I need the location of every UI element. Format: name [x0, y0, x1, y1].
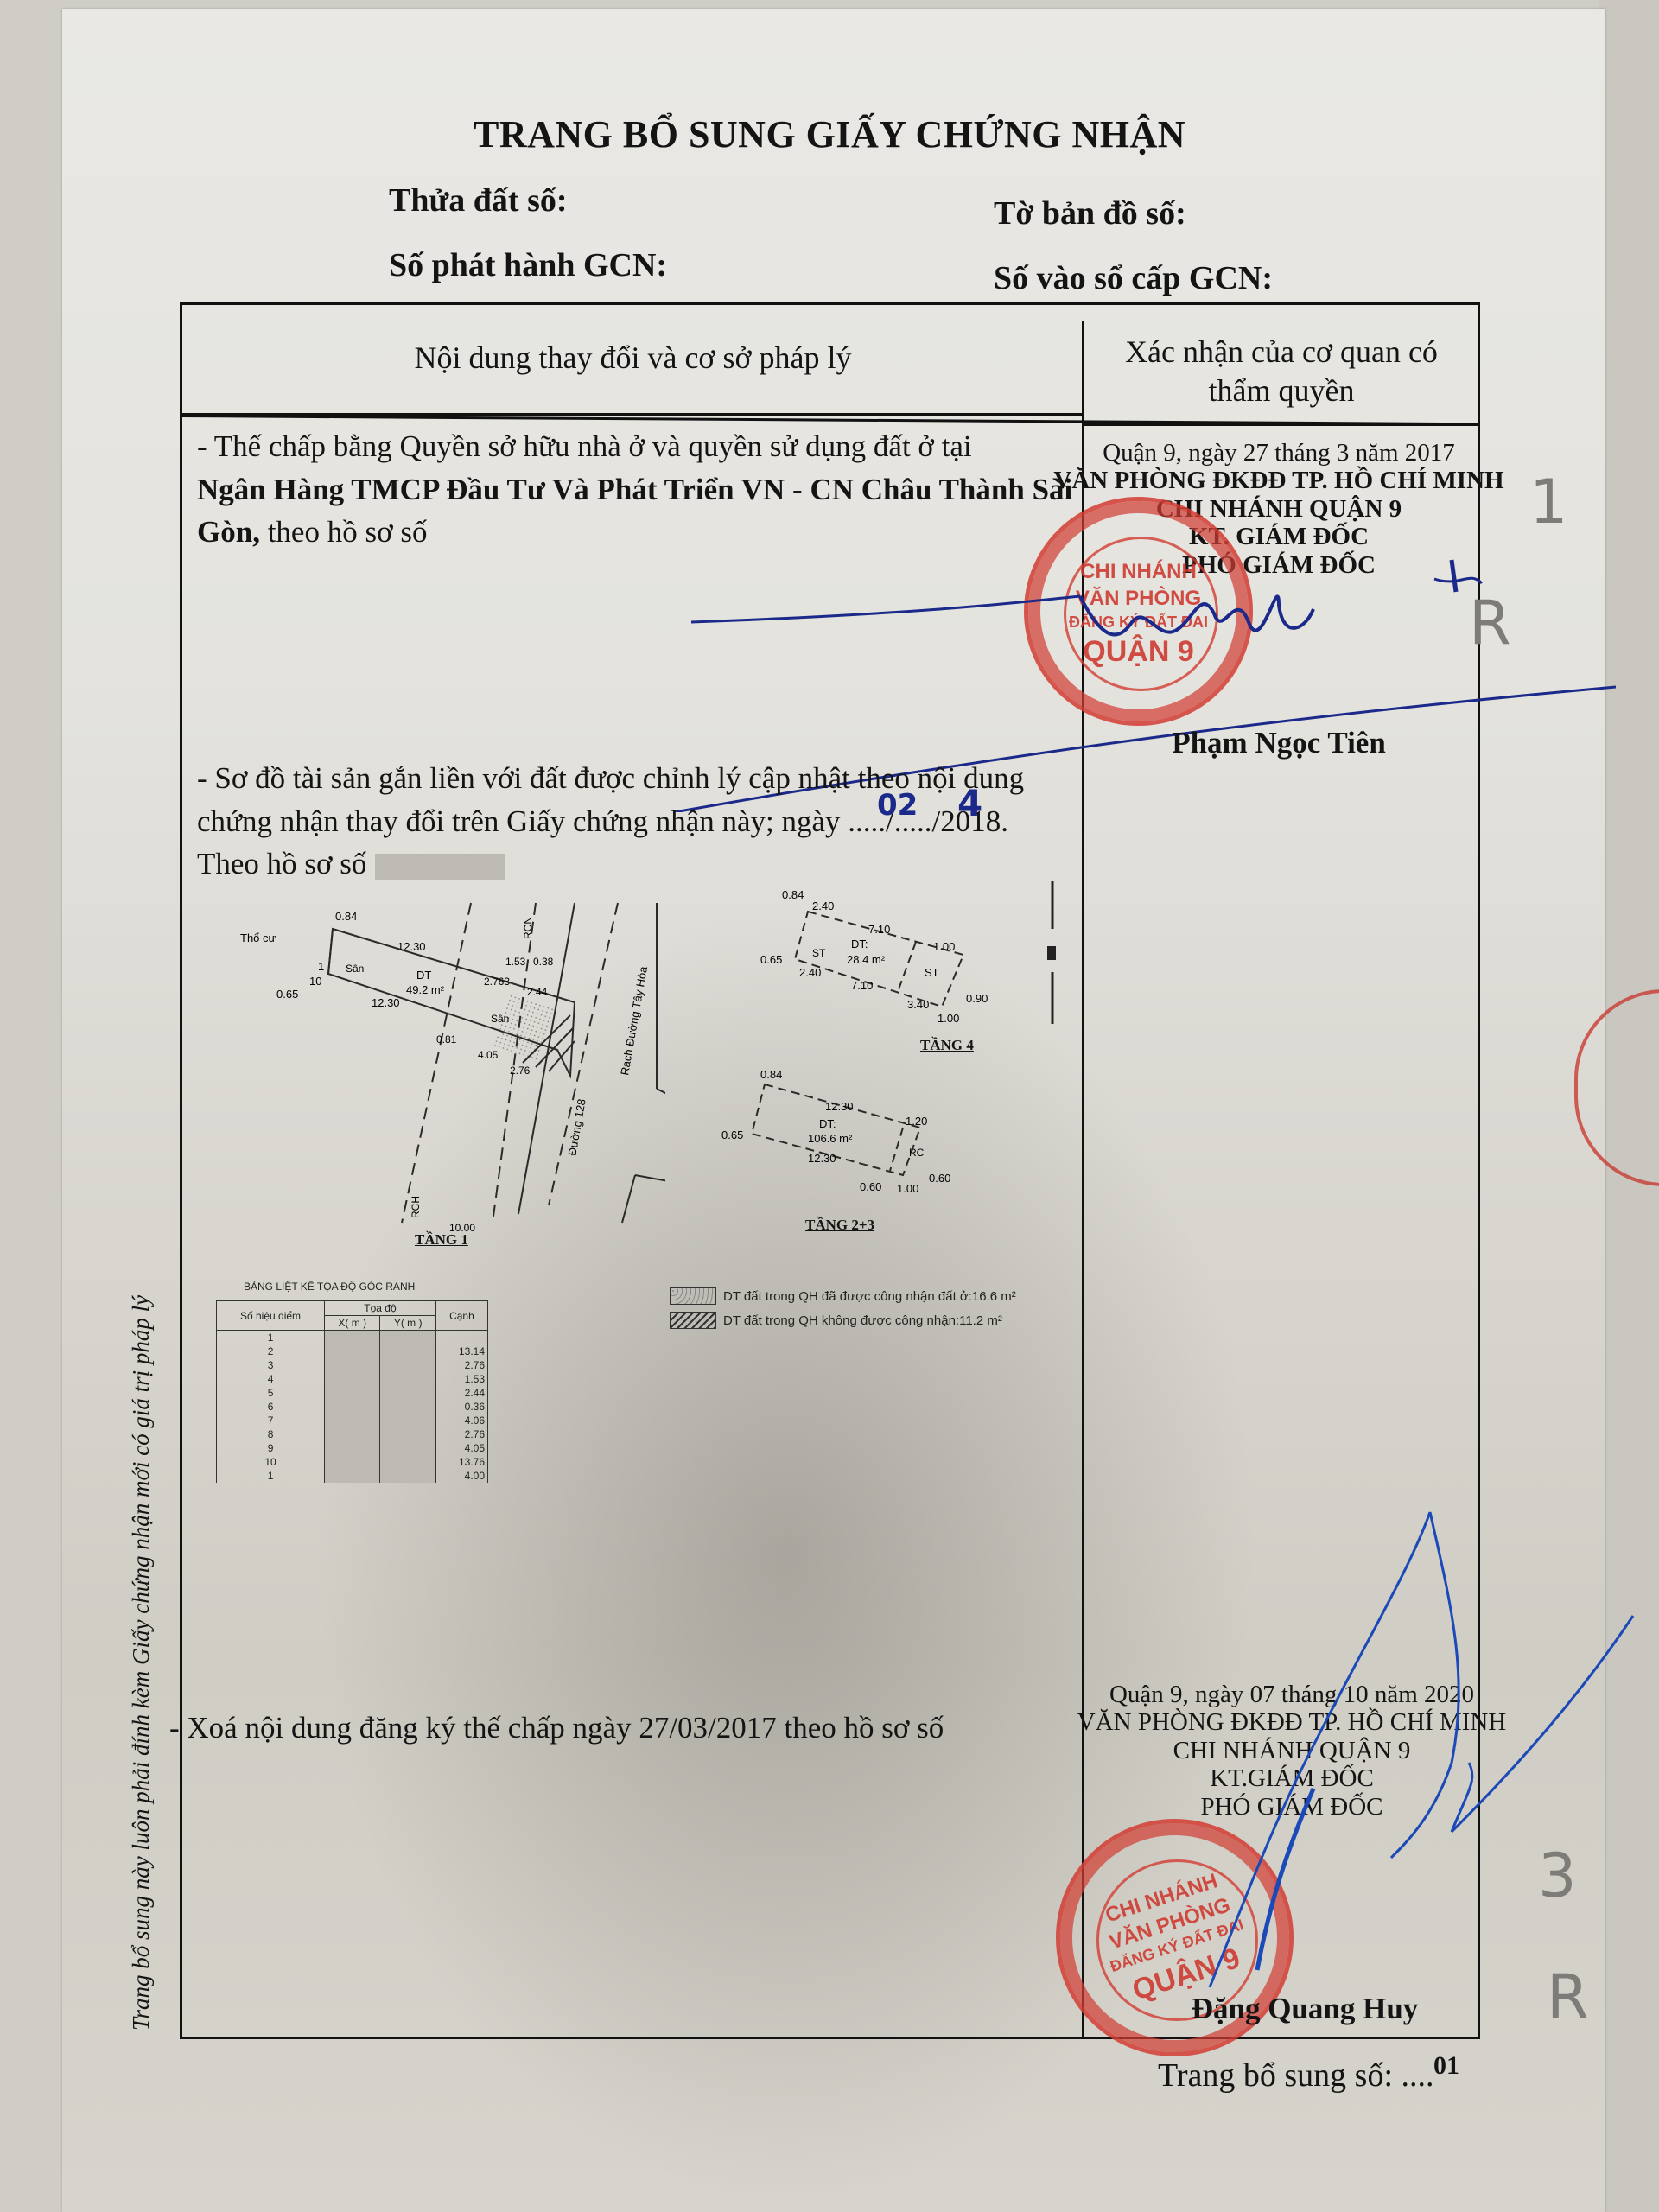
confirmation-office: VĂN PHÒNG ĐKĐĐ TP. HỒ CHÍ MINH: [1053, 467, 1503, 494]
point-number: 7: [217, 1414, 325, 1427]
edge-length: 4.06: [435, 1414, 487, 1427]
point-number: 2: [217, 1344, 325, 1358]
svg-text:2.76: 2.76: [510, 1065, 531, 1077]
svg-text:0.38: 0.38: [533, 956, 554, 968]
handwritten-month: 4: [957, 782, 982, 824]
entry-diagram-text-line2: chứng nhận thay đổi trên Giấy chứng nhận…: [197, 800, 1078, 843]
svg-text:12.30: 12.30: [808, 1152, 836, 1165]
redacted-x: [325, 1427, 380, 1441]
header-x: X( m ): [325, 1316, 380, 1331]
road-tay-hoa-label: Rạch Đường Tây Hòa: [618, 965, 650, 1077]
svg-text:1: 1: [318, 960, 324, 973]
svg-text:1.00: 1.00: [938, 1012, 959, 1025]
point-number: 3: [217, 1358, 325, 1372]
signer-name-text: Phạm Ngọc Tiên: [1172, 726, 1386, 760]
svg-text:12.30: 12.30: [372, 996, 400, 1009]
redacted-x: [325, 1441, 380, 1455]
svg-text:2.763: 2.763: [484, 976, 510, 988]
edge-length: [435, 1331, 487, 1345]
svg-text:3.40: 3.40: [907, 998, 929, 1011]
svg-text:7.10: 7.10: [868, 923, 890, 936]
edge-length: 2.76: [435, 1358, 487, 1372]
floor23-label: TẦNG 2+3: [805, 1217, 874, 1234]
header-y: Y( m ): [380, 1316, 435, 1331]
hatched-pattern-swatch: [670, 1312, 716, 1329]
point-number: 4: [217, 1372, 325, 1386]
column-header-content: Nội dung thay đổi và cơ sở pháp lý: [186, 339, 1080, 378]
redacted-x: [325, 1414, 380, 1427]
side-legal-note: Trang bổ sung này luôn phải đính kèm Giấ…: [128, 1295, 155, 2031]
pencil-mark: 3: [1538, 1840, 1577, 1911]
entry-mortgage-text: - Thế chấp bằng Quyền sở hữu nhà ở và qu…: [197, 429, 972, 463]
svg-text:2.40: 2.40: [799, 966, 821, 979]
redacted-y: [380, 1344, 435, 1358]
redacted-x: [325, 1386, 380, 1400]
header-edge: Cạnh: [435, 1301, 487, 1331]
column-header-confirmation: Xác nhận của cơ quan có thẩm quyền: [1087, 333, 1476, 410]
svg-text:12.30: 12.30: [825, 1100, 854, 1113]
page-number-value: 01: [1433, 2051, 1459, 2080]
field-map-sheet-number: Tờ bản đồ số:: [994, 194, 1186, 232]
header-point: Số hiệu điểm: [217, 1301, 325, 1331]
column-header-confirmation-line2: thẩm quyền: [1087, 372, 1476, 410]
redacted-x: [325, 1372, 380, 1386]
page-number: Trang bổ sung số: .... 01: [1158, 2056, 1459, 2094]
svg-text:1.53: 1.53: [505, 956, 526, 968]
floor4-area: 28.4 m²: [847, 953, 886, 966]
edge-length: 13.14: [435, 1344, 487, 1358]
redacted-y: [380, 1331, 435, 1345]
signer-name-2020: Đặng Quang Huy: [1132, 1992, 1478, 2025]
signer-name: Phạm Ngọc Tiên: [1123, 726, 1434, 760]
redacted-y: [380, 1427, 435, 1441]
svg-text:0.65: 0.65: [721, 1128, 743, 1141]
svg-text:0.84: 0.84: [335, 910, 357, 923]
legend-item-hatched: DT đất trong QH không được công nhận:11.…: [670, 1312, 1016, 1329]
point-number: 10: [217, 1455, 325, 1469]
svg-text:1.20: 1.20: [906, 1115, 927, 1128]
table-row: 41.53: [217, 1372, 488, 1386]
area-label: DT:: [819, 1117, 836, 1130]
svg-text:Sân: Sân: [491, 1013, 509, 1025]
svg-text:0.84: 0.84: [760, 1068, 782, 1081]
coord-table: Số hiệu điểm Tọa độ Cạnh X( m ) Y( m ) 1…: [216, 1300, 488, 1483]
redacted-y: [380, 1441, 435, 1455]
svg-text:4.05: 4.05: [478, 1049, 499, 1061]
svg-text:10: 10: [309, 975, 321, 988]
entry-mortgage-file-ref: theo hồ sơ số: [268, 515, 428, 549]
table-row: 1: [217, 1331, 488, 1345]
table-row: 60.36: [217, 1400, 488, 1414]
point-number: 9: [217, 1441, 325, 1455]
rc-label: RC: [909, 1147, 925, 1159]
coord-table-title: BẢNG LIỆT KÊ TỌA ĐỘ GÓC RANH: [244, 1281, 415, 1293]
rcn-label: RCN: [522, 917, 534, 939]
svg-text:1.00: 1.00: [897, 1182, 918, 1192]
point-number: 6: [217, 1400, 325, 1414]
header-divider-right: [1082, 423, 1480, 426]
road-128-label: Đường 128: [565, 1098, 588, 1157]
confirmation-date: Quận 9, ngày 27 tháng 3 năm 2017: [1037, 439, 1521, 467]
redacted-x: [325, 1469, 380, 1483]
column-header-confirmation-line1: Xác nhận của cơ quan có: [1087, 333, 1476, 372]
floor1-label: TẦNG 1: [415, 1231, 468, 1249]
redacted-y: [380, 1414, 435, 1427]
svg-text:0.60: 0.60: [929, 1172, 950, 1185]
entry-mortgage-deletion: - Xoá nội dung đăng ký thế chấp ngày 27/…: [169, 1707, 1085, 1750]
edge-length: 4.00: [435, 1469, 487, 1483]
table-row: 74.06: [217, 1414, 488, 1427]
point-number: 8: [217, 1427, 325, 1441]
redacted-x: [325, 1358, 380, 1372]
entry-mortgage: - Thế chấp bằng Quyền sở hữu nhà ở và qu…: [197, 425, 1078, 554]
entry-diagram-text-line1: - Sơ đồ tài sản gắn liền với đất được ch…: [197, 757, 1078, 800]
edge-length: 13.76: [435, 1455, 487, 1469]
svg-text:0.65: 0.65: [276, 988, 298, 1001]
st-label: ST: [925, 966, 939, 979]
redacted-x: [325, 1344, 380, 1358]
signer-name-text: Đặng Quang Huy: [1192, 1992, 1419, 2025]
svg-text:0.65: 0.65: [760, 953, 782, 966]
st-label: ST: [812, 947, 826, 959]
legend-text: DT đất trong QH đã được công nhận đất ở:…: [723, 1289, 1016, 1304]
svg-text:2.44: 2.44: [527, 986, 548, 998]
pencil-mark: 1: [1529, 467, 1568, 537]
point-number: 1: [217, 1469, 325, 1483]
svg-text:2.40: 2.40: [812, 899, 834, 912]
floor4-diagram: 0.84 2.40 7.10 1.00 0.65 2.40 7.10 3.40 …: [743, 877, 1071, 1050]
table-row: 32.76: [217, 1358, 488, 1372]
redacted-y: [380, 1386, 435, 1400]
legend-item-dotted: DT đất trong QH đã được công nhận đất ở:…: [670, 1287, 1016, 1305]
field-parcel-number: Thửa đất số:: [389, 181, 568, 219]
redacted-y: [380, 1400, 435, 1414]
header-divider-left: [180, 413, 1083, 416]
field-registry-number: Số vào sổ cấp GCN:: [994, 259, 1273, 297]
svg-text:1.00: 1.00: [933, 940, 955, 953]
edge-length: 0.36: [435, 1400, 487, 1414]
pencil-mark: R: [1547, 1961, 1589, 2032]
svg-text:12.30: 12.30: [397, 940, 426, 953]
redacted-y: [380, 1469, 435, 1483]
redacted-y: [380, 1358, 435, 1372]
table-row: 213.14: [217, 1344, 488, 1358]
table-row: 82.76: [217, 1427, 488, 1441]
svg-text:0.84: 0.84: [782, 888, 804, 901]
redacted-x: [325, 1331, 380, 1345]
table-row: 52.44: [217, 1386, 488, 1400]
area-label: DT:: [851, 938, 868, 950]
edge-length: 2.76: [435, 1427, 487, 1441]
redacted-y: [380, 1455, 435, 1469]
page-number-label: Trang bổ sung số: ....: [1158, 2057, 1434, 2094]
edge-length: 4.05: [435, 1441, 487, 1455]
redacted-x: [325, 1400, 380, 1414]
handwritten-day: 02: [877, 788, 918, 823]
svg-text:0.60: 0.60: [860, 1180, 881, 1192]
redacted-x: [325, 1455, 380, 1469]
edge-length: 1.53: [435, 1372, 487, 1386]
legend: DT đất trong QH đã được công nhận đất ở:…: [670, 1287, 1016, 1329]
table-row: 14.00: [217, 1469, 488, 1483]
file-ref-label: Theo hồ sơ số: [197, 847, 366, 880]
yard-label: Sân: [346, 963, 364, 975]
floor1-diagram: Thổ cư 0.84 1 10 0.65 12.30 12.30 DT 49.…: [233, 877, 665, 1240]
redacted-y: [380, 1372, 435, 1386]
dotted-pattern-swatch: [670, 1287, 716, 1305]
floor4-label: TẦNG 4: [920, 1037, 974, 1054]
floor1-area: 49.2 m²: [406, 983, 445, 996]
neighbor-label: Thổ cư: [240, 931, 276, 944]
area-label: DT: [416, 969, 431, 982]
redacted-field: [375, 854, 505, 880]
document-title: TRANG BỔ SUNG GIẤY CHỨNG NHẬN: [0, 112, 1659, 156]
point-number: 5: [217, 1386, 325, 1400]
blue-signature-2020-icon: [1192, 1503, 1642, 2022]
svg-text:7.10: 7.10: [851, 979, 873, 992]
entry-diagram-update: - Sơ đồ tài sản gắn liền với đất được ch…: [197, 757, 1078, 886]
legend-text: DT đất trong QH không được công nhận:11.…: [723, 1313, 1002, 1328]
field-certificate-issue-number: Số phát hành GCN:: [389, 246, 667, 284]
floor23-diagram: 0.84 12.30 1.20 0.65 12.30 0.60 0.60 1.0…: [709, 1054, 1002, 1192]
pencil-mark: R: [1469, 588, 1511, 658]
rch-label: RCH: [410, 1196, 422, 1218]
floor23-area: 106.6 m²: [808, 1132, 853, 1145]
svg-text:0.90: 0.90: [966, 992, 988, 1005]
edge-length: 2.44: [435, 1386, 487, 1400]
point-number: 1: [217, 1331, 325, 1345]
table-row: 94.05: [217, 1441, 488, 1455]
svg-text:0.81: 0.81: [436, 1033, 457, 1046]
table-row: 1013.76: [217, 1455, 488, 1469]
header-coord: Tọa độ: [325, 1301, 436, 1316]
